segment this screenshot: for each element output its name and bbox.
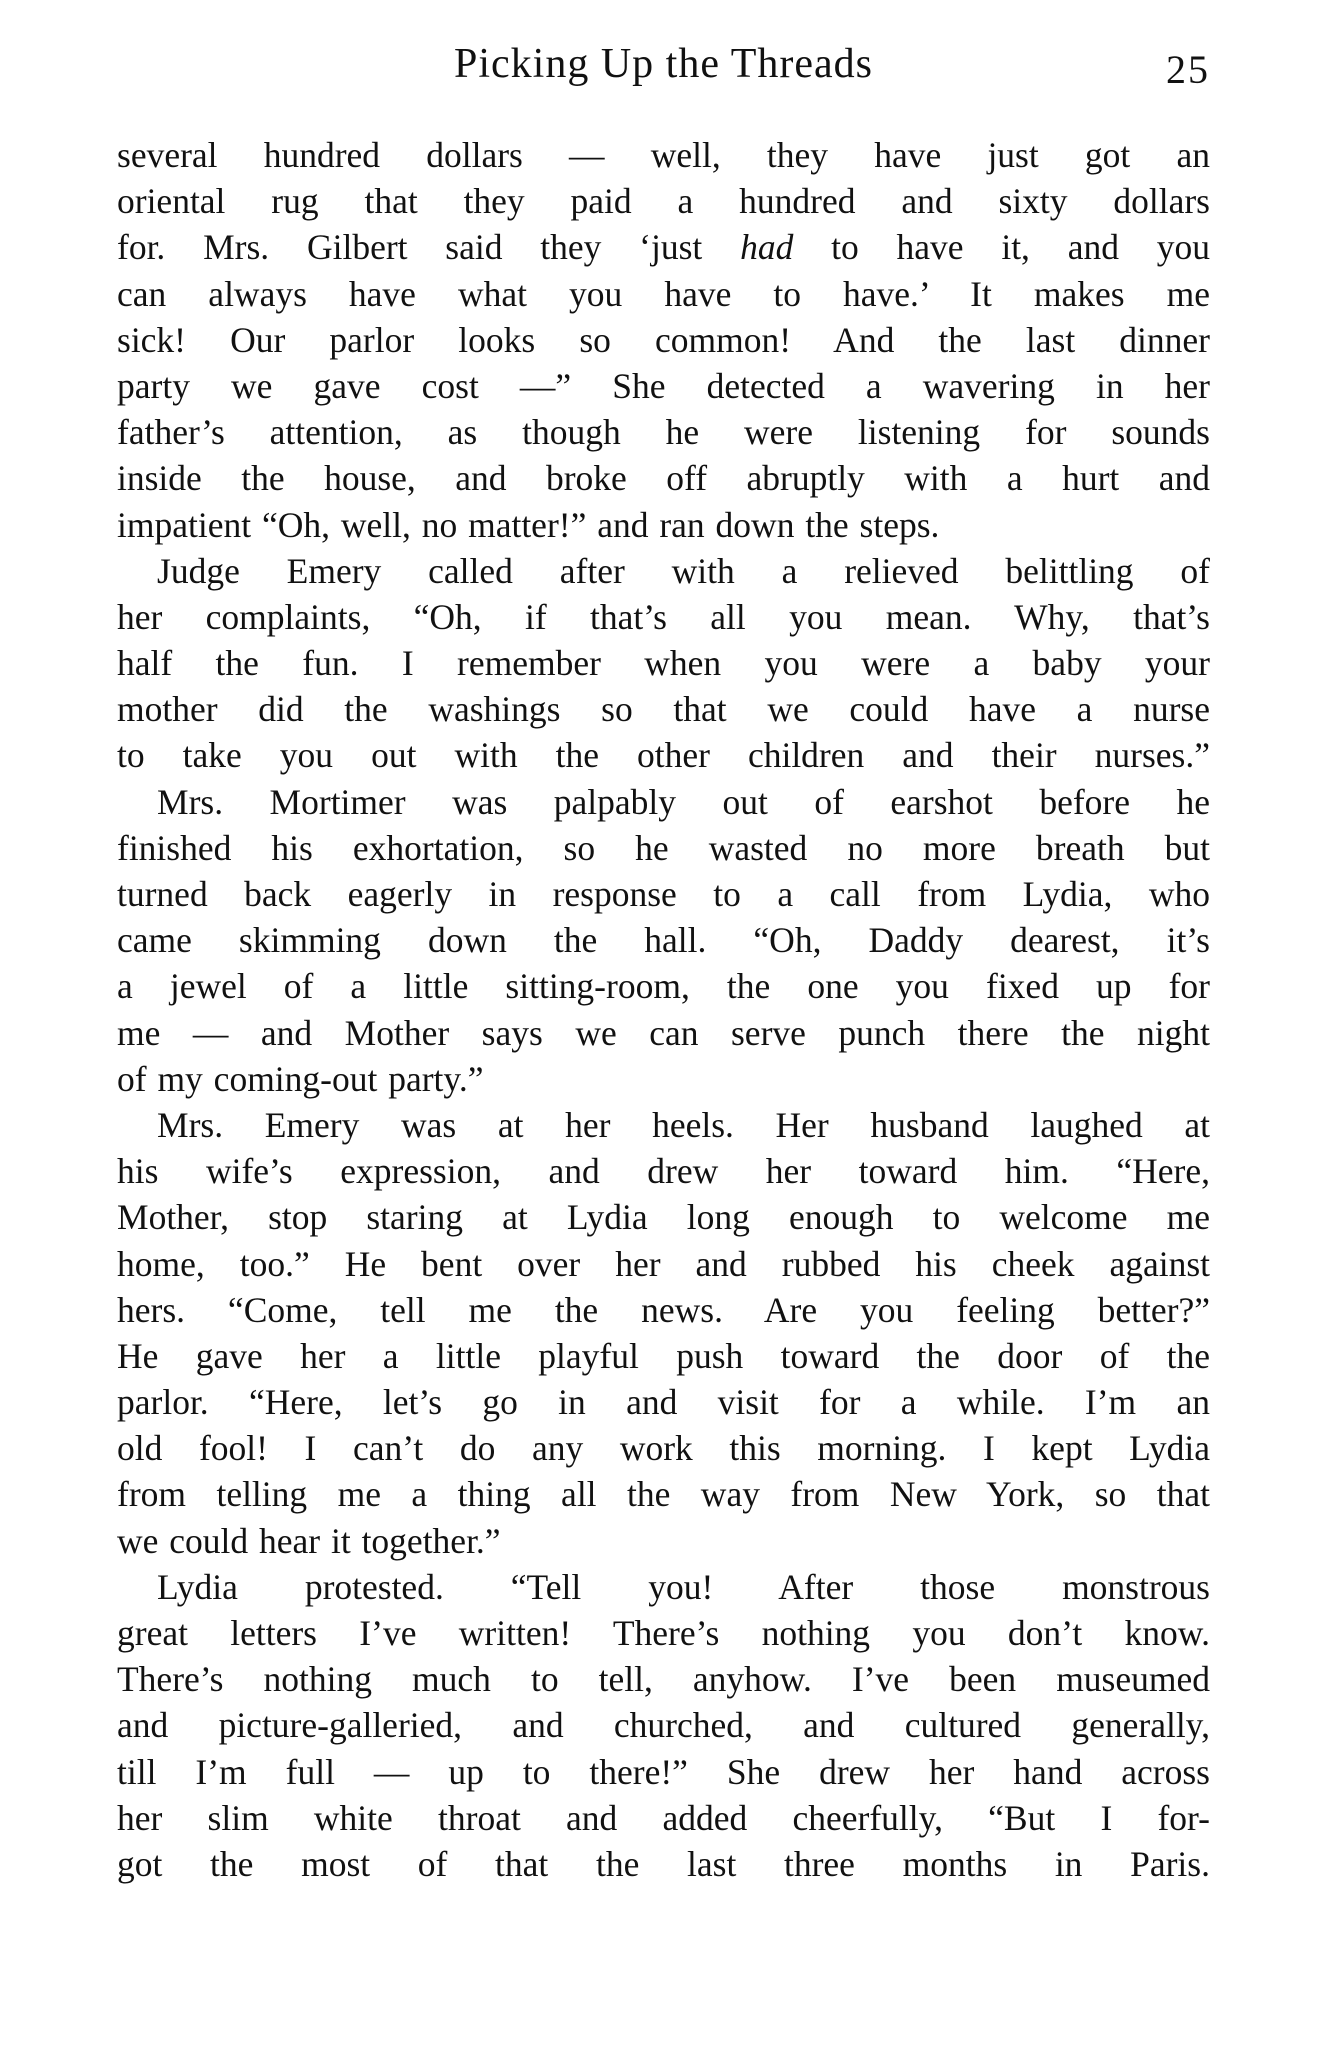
text-line: half the fun. I remember when you were a… (117, 640, 1210, 686)
running-title: Picking Up the Threads (117, 34, 1210, 94)
text-span: to have it, and you (793, 227, 1210, 267)
text-line: hers. “Come, tell me the news. Are you f… (117, 1287, 1210, 1333)
page-number: 25 (1166, 40, 1210, 100)
text-line: for. Mrs. Gilbert said they ‘just had to… (117, 224, 1210, 270)
text-line: his wife’s expression, and drew her towa… (117, 1148, 1210, 1194)
text-line: can always have what you have to have.’ … (117, 271, 1210, 317)
text-line: several hundred dollars — well, they hav… (117, 132, 1210, 178)
text-line: Mother, stop staring at Lydia long enoug… (117, 1194, 1210, 1240)
text-line: finished his exhortation, so he wasted n… (117, 825, 1210, 871)
body-text: several hundred dollars — well, they hav… (117, 132, 1210, 1887)
text-line: and picture-galleried, and churched, and… (117, 1702, 1210, 1748)
text-line: There’s nothing much to tell, anyhow. I’… (117, 1656, 1210, 1702)
text-line: got the most of that the last three mont… (117, 1841, 1210, 1887)
text-line: old fool! I can’t do any work this morni… (117, 1425, 1210, 1471)
text-line: a jewel of a little sitting-room, the on… (117, 963, 1210, 1009)
text-line: party we gave cost —” She detected a wav… (117, 363, 1210, 409)
paragraph-start-line: Mrs. Mortimer was palpably out of earsho… (117, 779, 1210, 825)
text-line: turned back eagerly in response to a cal… (117, 871, 1210, 917)
italic-emphasis: had (740, 227, 793, 267)
text-line: parlor. “Here, let’s go in and visit for… (117, 1379, 1210, 1425)
paragraph-end-line: of my coming-out party.” (117, 1056, 1210, 1102)
text-line: her slim white throat and added cheerful… (117, 1795, 1210, 1841)
text-line: inside the house, and broke off abruptly… (117, 455, 1210, 501)
running-head: Picking Up the Threads 25 (117, 34, 1210, 94)
text-line: oriental rug that they paid a hundred an… (117, 178, 1210, 224)
paragraph-start-line: Lydia protested. “Tell you! After those … (117, 1564, 1210, 1610)
text-line: me — and Mother says we can serve punch … (117, 1010, 1210, 1056)
text-line: came skimming down the hall. “Oh, Daddy … (117, 917, 1210, 963)
book-page: Picking Up the Threads 25 several hundre… (0, 0, 1335, 2052)
text-line: from telling me a thing all the way from… (117, 1471, 1210, 1517)
text-line: home, too.” He bent over her and rubbed … (117, 1241, 1210, 1287)
text-line: her complaints, “Oh, if that’s all you m… (117, 594, 1210, 640)
paragraph-end-line: impatient “Oh, well, no matter!” and ran… (117, 502, 1210, 548)
paragraph-start-line: Mrs. Emery was at her heels. Her husband… (117, 1102, 1210, 1148)
text-line: He gave her a little playful push toward… (117, 1333, 1210, 1379)
text-line: sick! Our parlor looks so common! And th… (117, 317, 1210, 363)
text-line: till I’m full — up to there!” She drew h… (117, 1749, 1210, 1795)
text-line: to take you out with the other children … (117, 732, 1210, 778)
paragraph-end-line: we could hear it together.” (117, 1518, 1210, 1564)
text-line: great letters I’ve written! There’s noth… (117, 1610, 1210, 1656)
text-span: for. Mrs. Gilbert said they ‘just (117, 227, 740, 267)
text-line: mother did the washings so that we could… (117, 686, 1210, 732)
paragraph-start-line: Judge Emery called after with a relieved… (117, 548, 1210, 594)
text-line: father’s attention, as though he were li… (117, 409, 1210, 455)
